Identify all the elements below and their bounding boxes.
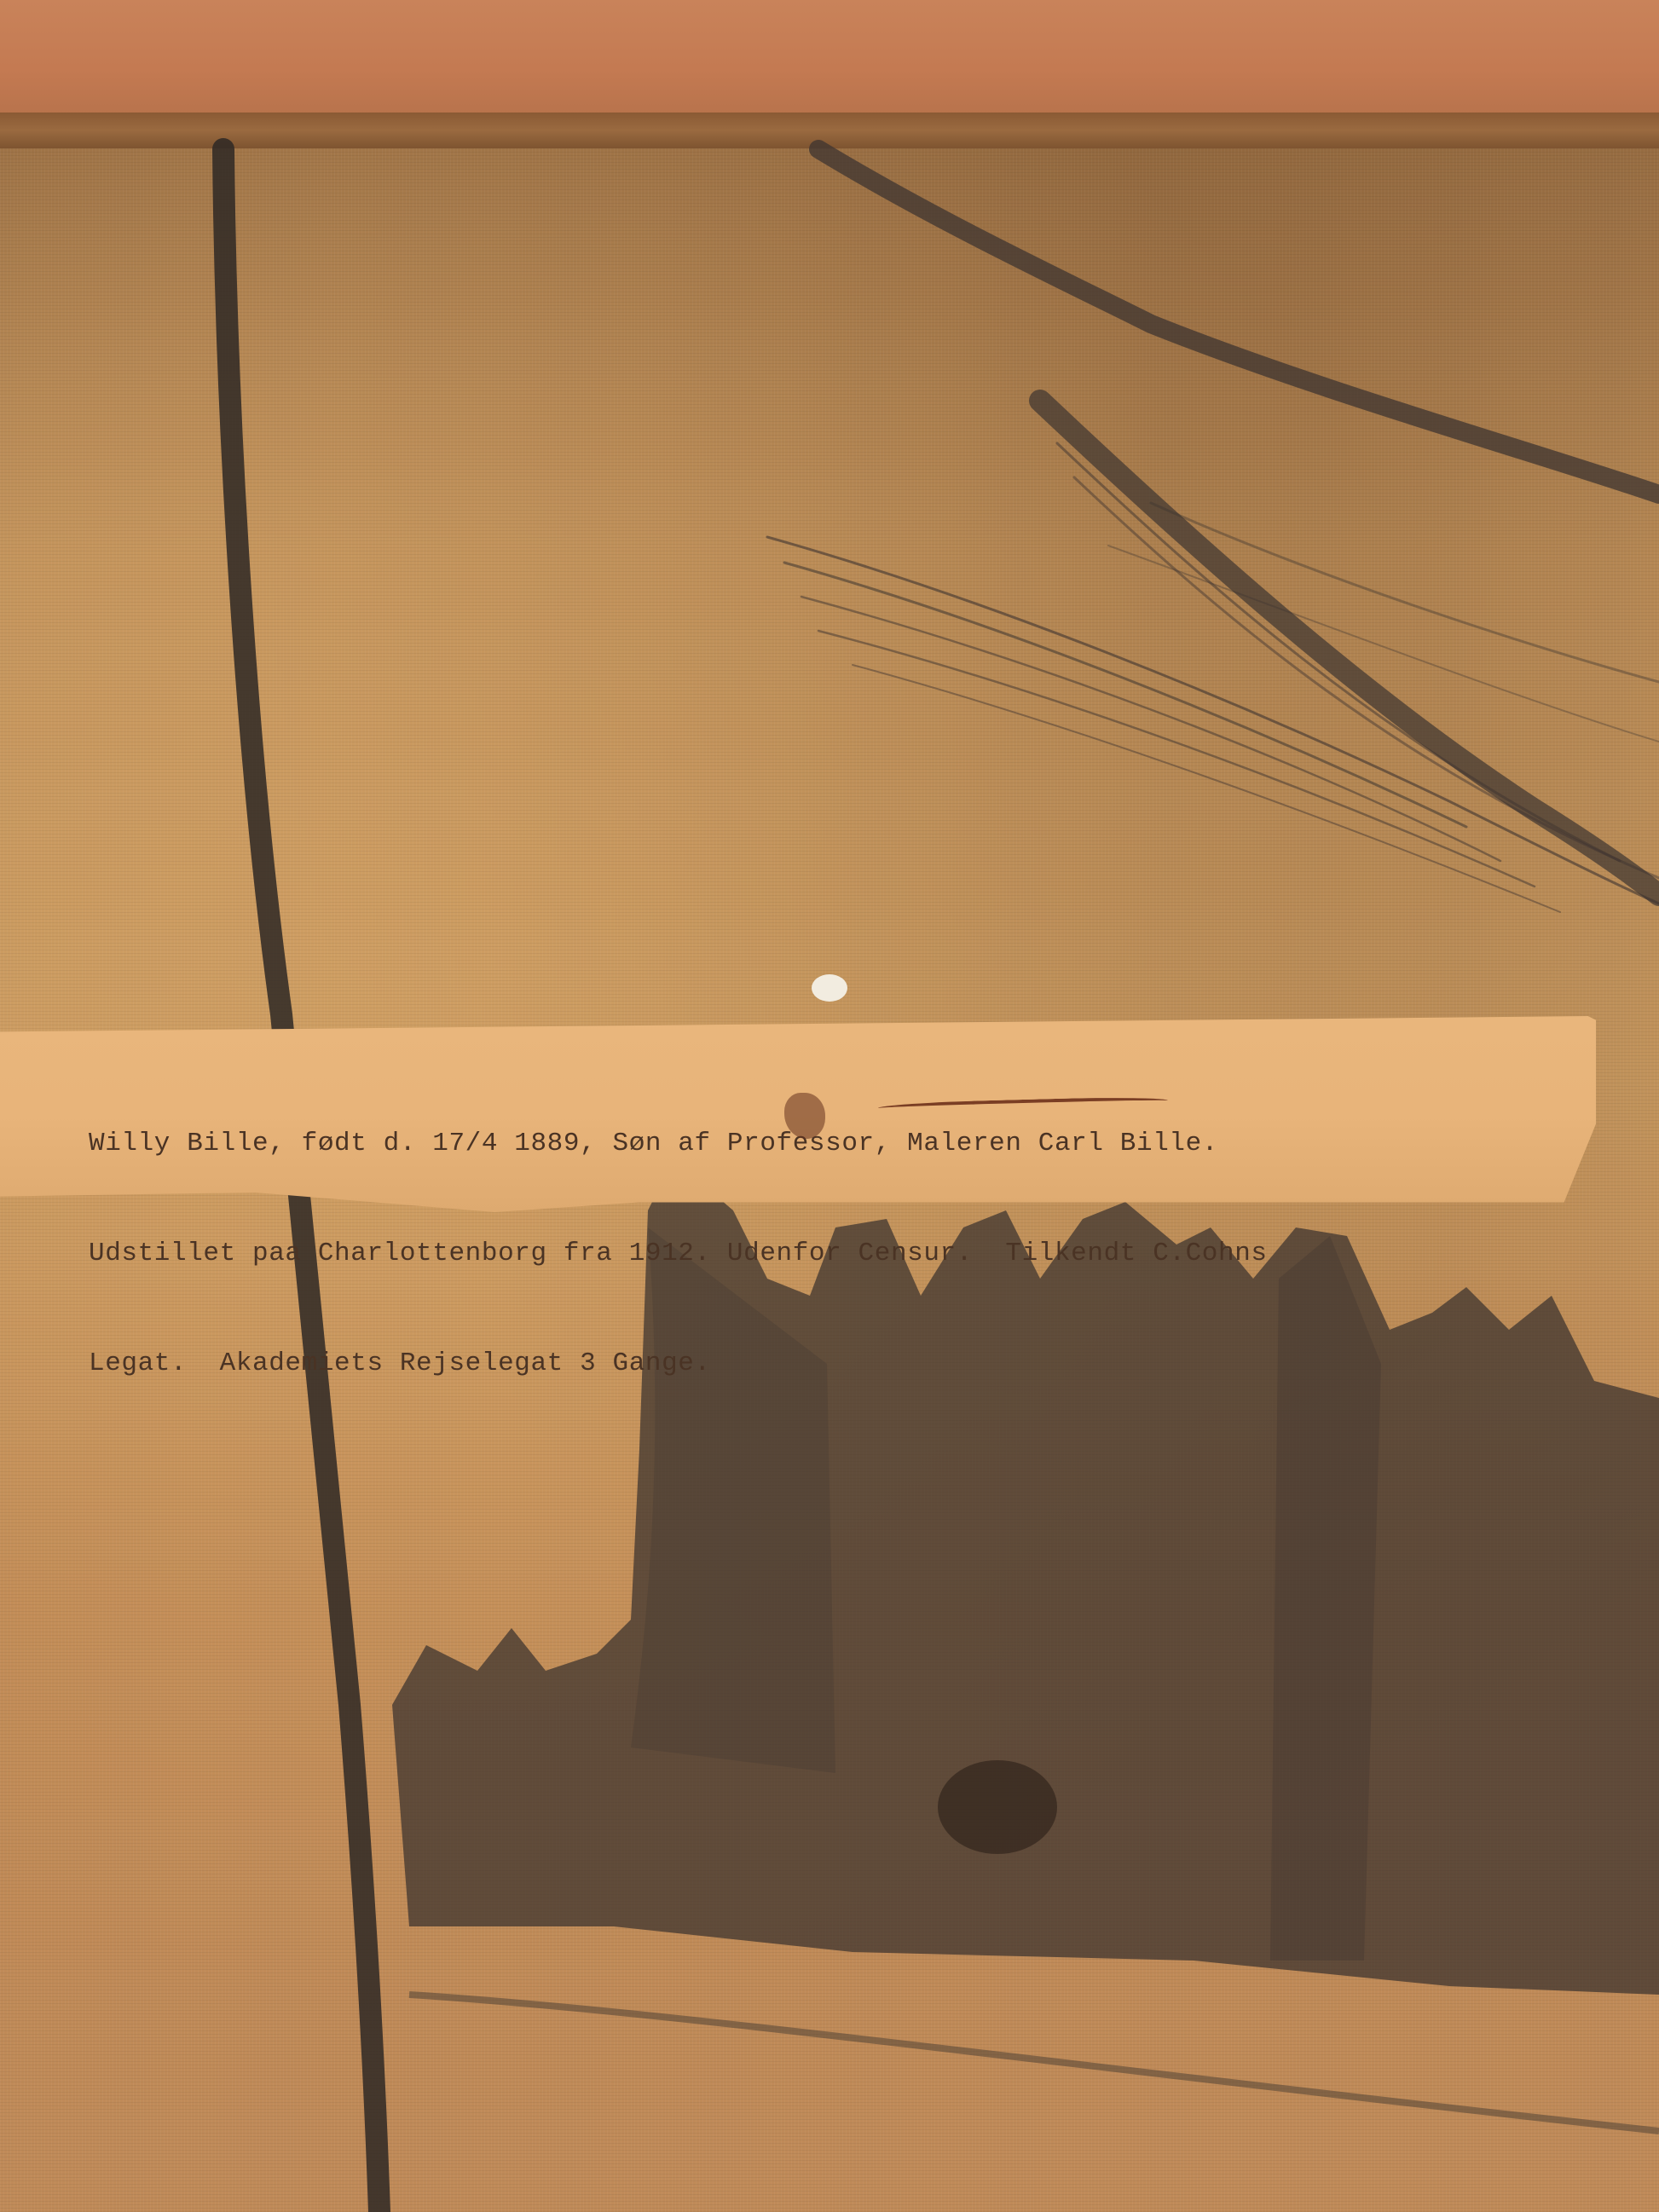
white-paint-dot xyxy=(812,974,847,1002)
diagonal-brush-strokes xyxy=(767,149,1659,912)
label-line-3: Legat. Akademiets Rejselegat 3 Gange. xyxy=(89,1345,1572,1382)
canvas-back-photo: Willy Bille, født d. 17/4 1889, Søn af P… xyxy=(0,0,1659,2212)
label-line-2: Udstillet paa Charlottenborg fra 1912. U… xyxy=(89,1235,1572,1272)
ground-line xyxy=(409,1995,1659,2131)
label-text-block: Willy Bille, født d. 17/4 1889, Søn af P… xyxy=(89,1052,1572,1455)
label-line-1: Willy Bille, født d. 17/4 1889, Søn af P… xyxy=(89,1125,1572,1162)
